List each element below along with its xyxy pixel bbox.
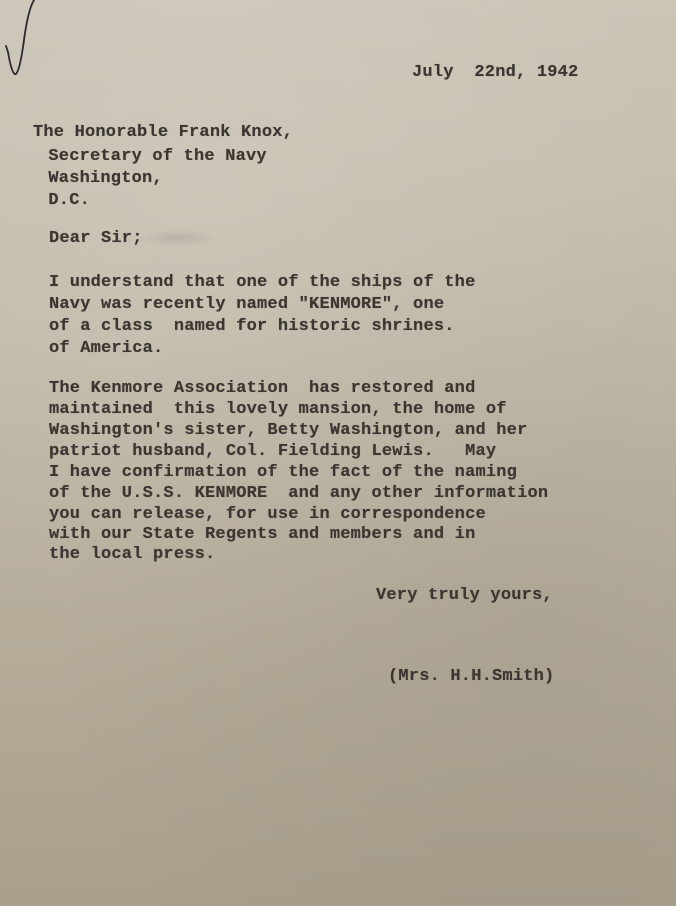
smudged-text [140,230,216,246]
closing: Very truly yours, [376,587,553,604]
paragraph-line: Navy was recently named "KENMORE", one [49,296,444,313]
recipient-line: The Honorable Frank Knox, [33,124,293,141]
paragraph-line: of a class named for historic shrines. [49,318,455,335]
paragraph-line: maintained this lovely mansion, the home… [49,401,507,418]
recipient-line: Secretary of the Navy [38,148,267,165]
paragraph-line: of America. [49,340,163,357]
paragraph-line: The Kenmore Association has restored and [49,380,475,397]
letter-date: July 22nd, 1942 [412,64,578,81]
signature: (Mrs. H.H.Smith) [388,668,554,685]
paragraph-line: the local press. [49,546,215,563]
paragraph-line: of the U.S.S. KENMORE and any other info… [49,485,548,502]
recipient-line: Washington, [38,170,163,187]
paragraph-line: patriot husband, Col. Fielding Lewis. Ma… [49,443,496,460]
paragraph-line: you can release, for use in corresponden… [49,506,486,523]
paragraph-line: Washington's sister, Betty Washington, a… [49,422,527,439]
checkmark-icon [0,0,40,80]
paragraph-line: I have confirmation of the fact of the n… [49,464,517,481]
recipient-line: D.C. [38,192,90,209]
paragraph-line: with our State Regents and members and i… [49,526,475,543]
paragraph-line: I understand that one of the ships of th… [49,274,475,291]
salutation: Dear Sir; [49,230,143,247]
